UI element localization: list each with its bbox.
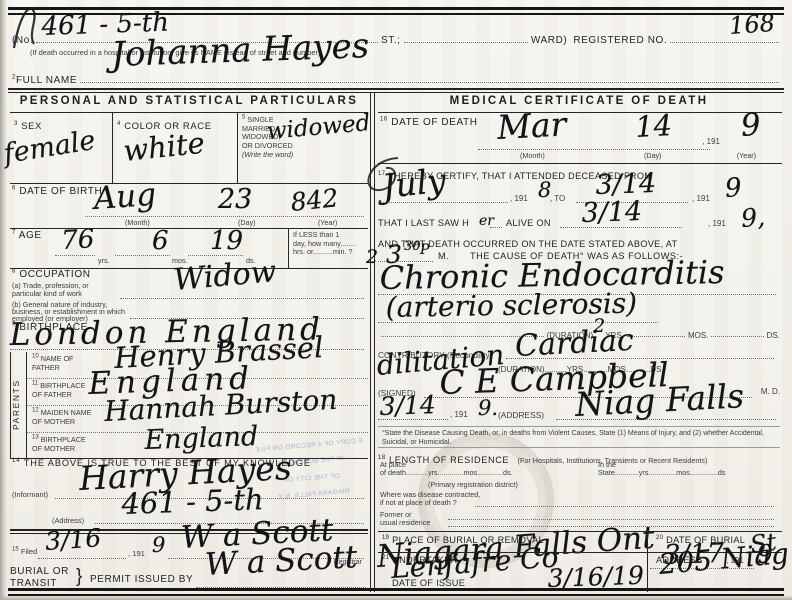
alive-year-printed: , 191 [708,219,726,228]
last-saw-pronoun: er [479,214,494,228]
full-name-label: 2FULL NAME [12,75,77,86]
informant-address-value: 461 - 5-th [121,485,264,519]
marital-field: 5 SINGLE MARRIED, WIDOWED, OR DIVORCED (… [238,113,368,183]
to-year-value: 9 [724,175,742,202]
registered-no-value: 168 [729,11,776,38]
ds-label: DS. [767,331,780,340]
age-label: 7 AGE [12,230,42,241]
md-label: M. D. [761,387,780,396]
mos-label: MOS. [688,331,708,340]
cause-line-2: (arterio sclerosis) [378,298,780,324]
dod-year-value: 9 [740,110,762,142]
dotted-leader [115,255,170,256]
age-days: 19 [210,228,243,254]
bottom-border-rule [8,588,784,596]
dotted-leader [55,255,95,256]
no-label: (No. [12,35,33,46]
alive-on-label: ALIVE ON [506,218,551,228]
dotted-leader [120,298,364,299]
informant-label: (Informant) [12,490,48,499]
occupation-value: Widow [172,257,277,296]
undertaker-address-value-2: St [749,530,778,557]
dotted-leader [404,40,528,43]
full-name-line: 2FULL NAME Johanna Hayes [12,64,782,86]
stray-pen-digit: 2 [366,248,378,267]
age-months: 6 [152,228,169,254]
sex-race-marital-row: 3 SEX female 4 COLOR OR RACE white 5 SIN… [10,112,368,184]
full-name-value: Johanna Hayes [111,29,370,72]
signed-year-value: 9. [478,398,498,419]
disease-contracted-line: Where was disease contracted, if not at … [380,491,780,509]
sex-value: female [2,127,97,168]
dotted-leader [378,419,448,420]
dotted-leader [627,334,685,337]
signed-date-address-line: 3/14 , 191 9. (ADDRESS) Niag Falls [378,402,780,424]
filed-label: 15 Filed [12,547,37,556]
year-caption: (Year) [737,152,756,161]
date-of-birth-field: 6 DATE OF BIRTH Aug 23 842 (Month) (Day)… [10,184,368,229]
left-section-title: PERSONAL AND STATISTICAL PARTICULARS [10,95,368,107]
parents-block: PARENTS 10 NAME OF FATHER Henry Brassel … [10,352,368,459]
dotted-leader [85,216,364,217]
alive-on-value: 3/14 [581,198,643,227]
from-year-printed: , 191 [510,194,528,203]
permit-issued-by-label: PERMIT ISSUED BY [90,574,193,585]
burial-or-transit-label: BURIAL OR TRANSIT [10,566,69,590]
to-label: , TO [550,194,565,203]
date-of-issue-value: 3/16/19 [547,563,644,591]
year-caption: (Year) [318,219,337,228]
st-label: ST.; [381,35,401,46]
dob-label: 6 DATE OF BIRTH [12,186,102,197]
occupation-label: 8 OCCUPATION [12,269,91,280]
filed-year-value: 9 [152,535,165,556]
death-certificate-scan: E COPY OF A RECORD ON FILE IN THE BUREAU… [0,0,792,600]
filed-year-printed: , 191 [128,549,145,558]
dotted-leader [711,334,763,337]
yrs-caption: yrs. [98,257,110,266]
time-minutes: 30 [404,240,421,253]
dotted-leader [448,519,774,520]
sex-field: 3 SEX female [10,113,113,183]
dob-day: 23 [218,186,252,213]
marital-note: (Write the word) [242,151,364,160]
month-caption: (Month) [520,152,545,161]
time-pm: P [420,243,429,257]
primary-district-caption: (Primary registration district) [428,481,518,490]
day-caption: (Day) [644,152,662,161]
dotted-leader [670,40,779,43]
dob-year: 842 [289,185,339,215]
dotted-leader [38,558,126,559]
footnote-rule [378,426,780,427]
dod-month: Mar [496,107,567,144]
physician-address-label: (ADDRESS) [498,410,544,420]
brace-glyph: } [76,566,82,588]
date-of-death-field: 16 DATE OF DEATH Mar 14 , 191 9 (Month) … [378,112,782,164]
less-than-day-box: If LESS than 1 day, how many........ hrs… [288,228,368,268]
date-of-issue-label: DATE OF ISSUE [392,578,465,588]
dotted-leader [80,80,779,83]
physician-address-value: Niag Falls [574,379,745,421]
dotted-leader [478,149,710,150]
dod-day: 14 [634,111,672,142]
filed-date-value: 3/16 [44,525,102,554]
dotted-leader [475,506,774,507]
header-separator-rule [8,88,784,93]
to-year-printed: , 191 [692,194,710,203]
dod-year-printed: , 191 [702,137,720,146]
registered-no-label: REGISTERED NO. [573,35,667,46]
right-section-title: MEDICAL CERTIFICATE OF DEATH [376,95,782,107]
stray-pen-flourish [352,150,408,210]
age-years: 76 [61,226,95,254]
sex-label: 3 SEX [14,121,42,132]
footnote-rule [378,447,780,448]
ward-label: WARD) [531,35,568,46]
last-saw-line: THAT I LAST SAW H er ALIVE ON 3/14 , 191… [378,212,780,232]
signed-year-printed: , 191 [450,410,468,419]
residence-at-place-line: At place of death...........yrs.........… [380,463,780,479]
dob-month: Aug [93,180,157,215]
parents-side-label: PARENTS [10,352,27,458]
signed-date-value: 3/14 [379,392,436,419]
attended-to-value: 3/14 [595,170,657,199]
scan-edge-left [0,0,7,600]
alive-year-value: 9, [740,204,766,231]
dotted-leader [188,255,243,256]
dotted-leader [490,227,502,228]
race-field: 4 COLOR OR RACE white [113,113,238,183]
permit-signature: W a Scott [204,542,358,581]
race-value: white [122,129,206,166]
mother-birthplace-value: England [144,423,259,454]
attended-from-to-line: July , 191 8 , TO 3/14 , 191 9 [378,180,780,208]
cause-footnote: °State the Disease Causing Death, or, in… [382,429,776,447]
last-saw-printed: THAT I LAST SAW H [378,218,469,228]
dod-label: 16 DATE OF DEATH [380,117,478,128]
month-caption: (Month) [125,219,150,228]
